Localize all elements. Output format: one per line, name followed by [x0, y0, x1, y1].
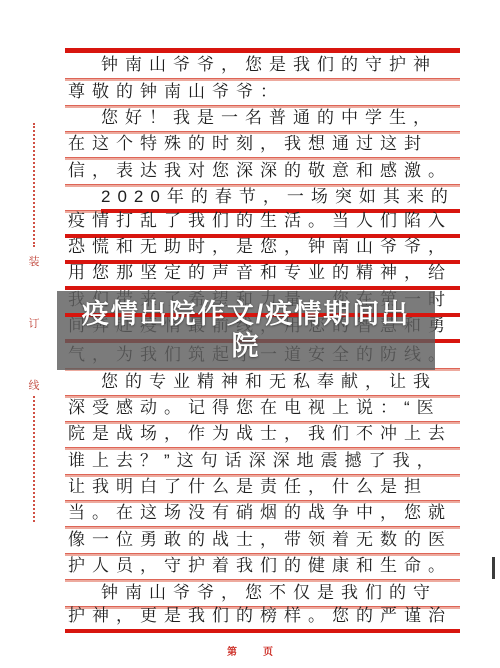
essay-line: 2020年的春节，一场突如其来的 — [65, 185, 460, 211]
essay-line-text: 像一位勇敢的战士，带领着无数的医 — [65, 531, 452, 553]
binding-dotted-line-bottom — [33, 396, 35, 522]
essay-line-text: 钟南山爷爷，您是我们的守护神 — [65, 56, 437, 78]
essay-line-text: 在这个特殊的时刻，我想通过这封 — [65, 135, 428, 157]
essay-line-text: 护神，更是我们的榜样。您的严谨治 — [65, 607, 452, 629]
essay-line: 疫情打乱了我们的生活。当人们陷入 — [65, 211, 460, 237]
essay-line: 您好！我是一名普通的中学生， — [65, 106, 460, 132]
essay-line-text: 尊敬的钟南山爷爷： — [65, 83, 284, 105]
essay-line: 您的专业精神和无私奉献，让我 — [65, 369, 460, 395]
essay-line-text: 让我明白了什么是责任，什么是担 — [65, 478, 428, 500]
essay-line: 信，表达我对您深深的敬意和感激。 — [65, 158, 460, 184]
binding-char-zhuang: 装 — [27, 257, 41, 268]
letter-page: 装 订 线 钟南山爷爷，您是我们的守护神尊敬的钟南山爷爷：您好！我是一名普通的中… — [0, 0, 500, 668]
essay-line: 护神，更是我们的榜样。您的严谨治 — [65, 607, 460, 633]
watermark-title-line2: 院 — [232, 331, 261, 362]
essay-line-text: 当。在这场没有硝烟的战争中，您就 — [65, 504, 452, 526]
essay-line-text: 用您那坚定的声音和专业的精神，给 — [65, 264, 452, 286]
essay-line: 恐慌和无助时，是您，钟南山爷爷， — [65, 238, 460, 264]
essay-line-text: 信，表达我对您深深的敬意和感激。 — [65, 162, 452, 184]
binding-char-ding: 订 — [27, 319, 41, 330]
essay-line-text: 您的专业精神和无私奉献，让我 — [65, 373, 437, 395]
essay-line: 钟南山爷爷，您不仅是我们的守 — [65, 580, 460, 606]
essay-line-text: 2020年的春节，一场突如其来的 — [65, 188, 455, 210]
essay-line: 深受感动。记得您在电视上说：“医 — [65, 396, 460, 422]
binding-dotted-line-top — [33, 123, 35, 247]
essay-line-text: 疫情打乱了我们的生活。当人们陷入 — [65, 212, 452, 234]
essay-line-text: 您好！我是一名普通的中学生， — [65, 109, 437, 131]
page-footer: 第 页 — [0, 643, 500, 658]
essay-line-text: 钟南山爷爷，您不仅是我们的守 — [65, 584, 437, 606]
watermark-title: 疫情出院作文/疫情期间出 院 — [57, 291, 435, 370]
screen-edge-artifact — [492, 557, 495, 579]
essay-line: 在这个特殊的时刻，我想通过这封 — [65, 132, 460, 158]
essay-line: 院是战场，作为战士，我们不冲上去 — [65, 422, 460, 448]
essay-line: 用您那坚定的声音和专业的精神，给 — [65, 264, 460, 290]
watermark-title-line1: 疫情出院作文/疫情期间出 — [82, 299, 411, 330]
essay-line-text: 深受感动。记得您在电视上说：“医 — [65, 399, 441, 421]
footer-page-suffix: 页 — [263, 643, 273, 658]
essay-line: 谁上去？”这句话深深地震撼了我， — [65, 448, 460, 474]
essay-line-text: 护人员，守护着我们的健康和生命。 — [65, 557, 452, 579]
essay-line: 尊敬的钟南山爷爷： — [65, 79, 460, 105]
essay-line: 让我明白了什么是责任，什么是担 — [65, 475, 460, 501]
essay-line: 像一位勇敢的战士，带领着无数的医 — [65, 527, 460, 553]
essay-line-text: 院是战场，作为战士，我们不冲上去 — [65, 425, 452, 447]
footer-page-prefix: 第 — [227, 643, 237, 658]
essay-line-text: 恐慌和无助时，是您，钟南山爷爷， — [65, 238, 452, 260]
essay-line-text: 谁上去？”这句话深深地震撼了我， — [65, 452, 441, 474]
essay-line: 护人员，守护着我们的健康和生命。 — [65, 554, 460, 580]
binding-char-xian: 线 — [27, 381, 41, 392]
essay-line: 钟南山爷爷，您是我们的守护神 — [65, 53, 460, 79]
essay-line: 当。在这场没有硝烟的战争中，您就 — [65, 501, 460, 527]
